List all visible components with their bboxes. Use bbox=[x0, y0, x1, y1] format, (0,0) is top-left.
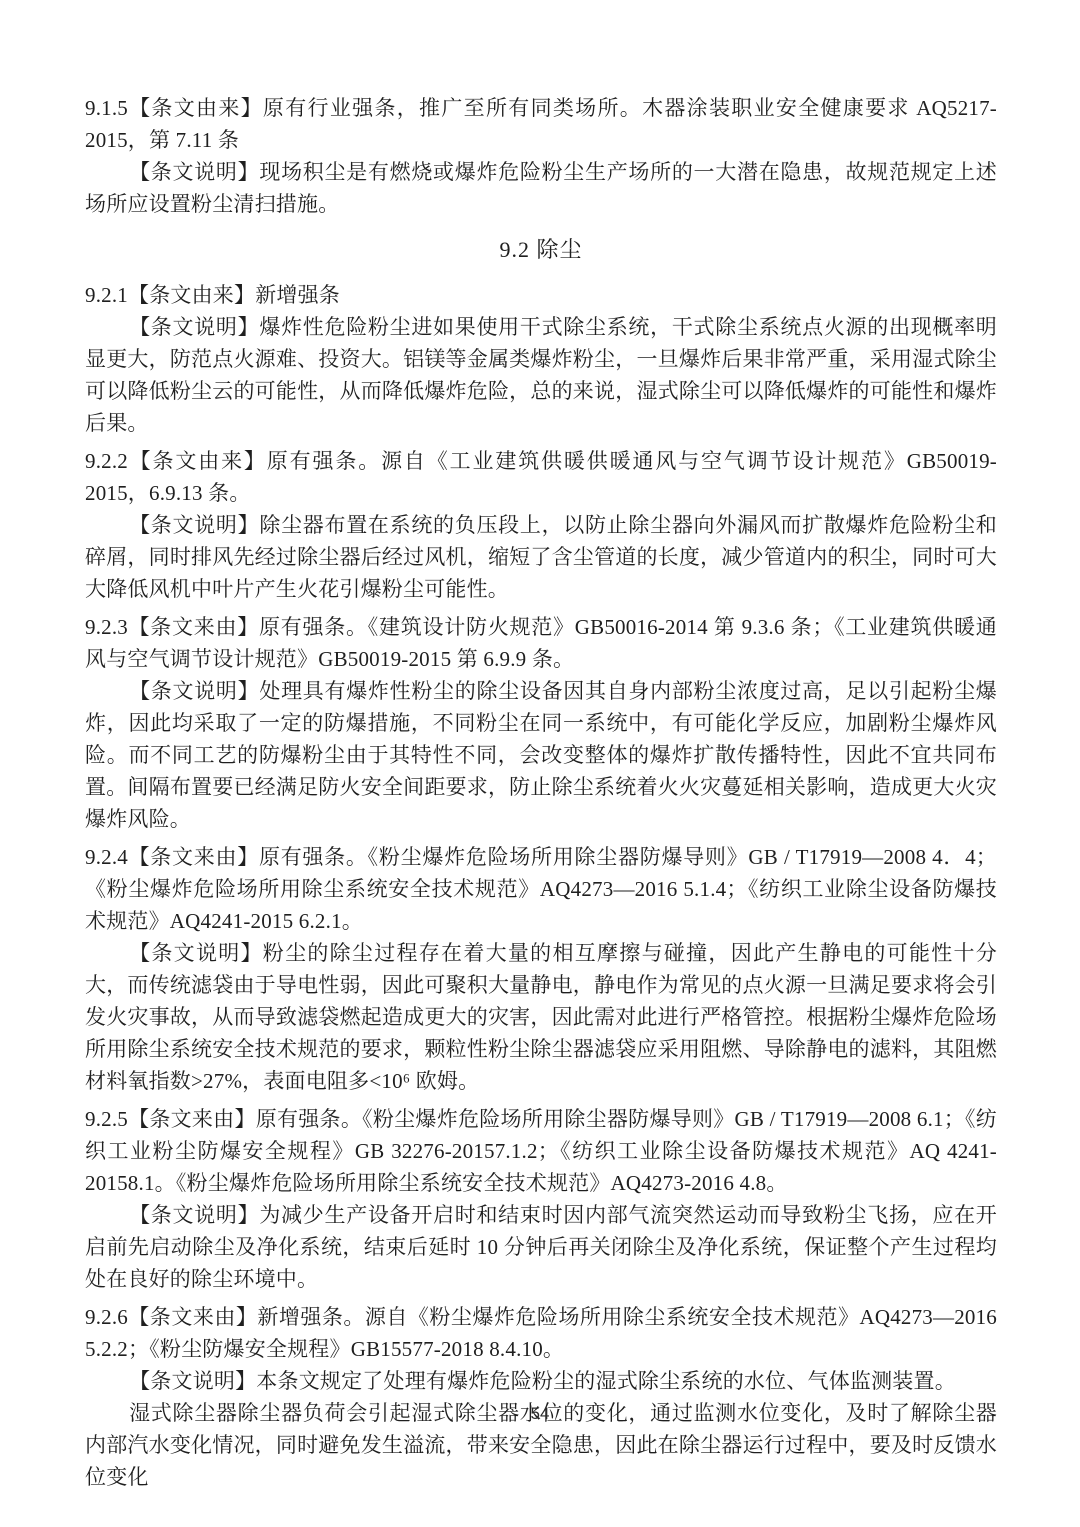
clause-9-2-3-origin: 9.2.3【条文来由】原有强条。《建筑设计防火规范》GB50016-2014 第… bbox=[85, 611, 997, 675]
clause-9-2-5-note: 【条文说明】为减少生产设备开启时和结束时因内部气流突然运动而导致粉尘飞扬，应在开… bbox=[85, 1199, 997, 1295]
clause-9-2-6-note: 【条文说明】本条文规定了处理有爆炸危险粉尘的湿式除尘系统的水位、气体监测装置。 bbox=[85, 1365, 997, 1397]
page-number: 54 bbox=[0, 1404, 1080, 1424]
clause-9-2-1-origin: 9.2.1【条文由来】新增强条 bbox=[85, 279, 997, 311]
clause-9-2-4-note: 【条文说明】粉尘的除尘过程存在着大量的相互摩擦与碰撞，因此产生静电的可能性十分大… bbox=[85, 937, 997, 1097]
clause-9-1-5-origin: 9.1.5【条文由来】原有行业强条，推广至所有同类场所。木器涂装职业安全健康要求… bbox=[85, 92, 997, 156]
section-heading-9-2: 9.2 除尘 bbox=[85, 234, 997, 266]
document-body: 9.1.5【条文由来】原有行业强条，推广至所有同类场所。木器涂装职业安全健康要求… bbox=[85, 92, 997, 1493]
clause-9-1-5-note: 【条文说明】现场积尘是有燃烧或爆炸危险粉尘生产场所的一大潜在隐患，故规范规定上述… bbox=[85, 156, 997, 220]
clause-9-2-2-note: 【条文说明】除尘器布置在系统的负压段上，以防止除尘器向外漏风而扩散爆炸危险粉尘和… bbox=[85, 509, 997, 605]
clause-9-2-2-origin: 9.2.2【条文由来】原有强条。源自《工业建筑供暖供暖通风与空气调节设计规范》G… bbox=[85, 445, 997, 509]
clause-9-2-5-origin: 9.2.5【条文来由】原有强条。《粉尘爆炸危险场所用除尘器防爆导则》GB / T… bbox=[85, 1103, 997, 1199]
clause-9-2-6-origin: 9.2.6【条文来由】新增强条。源自《粉尘爆炸危险场所用除尘系统安全技术规范》A… bbox=[85, 1301, 997, 1365]
clause-9-2-4-origin: 9.2.4【条文来由】原有强条。《粉尘爆炸危险场所用除尘器防爆导则》GB / T… bbox=[85, 841, 997, 937]
clause-9-2-3-note: 【条文说明】处理具有爆炸性粉尘的除尘设备因其自身内部粉尘浓度过高，足以引起粉尘爆… bbox=[85, 675, 997, 835]
clause-9-2-1-note: 【条文说明】爆炸性危险粉尘进如果使用干式除尘系统，干式除尘系统点火源的出现概率明… bbox=[85, 311, 997, 439]
document-page: 9.1.5【条文由来】原有行业强条，推广至所有同类场所。木器涂装职业安全健康要求… bbox=[0, 0, 1080, 1527]
